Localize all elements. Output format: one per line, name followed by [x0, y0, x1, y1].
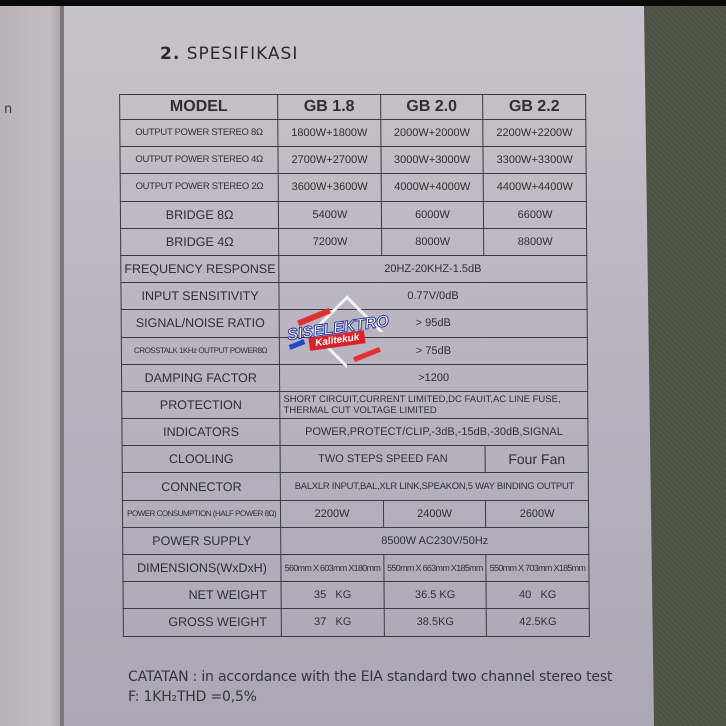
cell: 38.5KG: [384, 609, 487, 636]
cell: 560mm X 603mm X180mm: [281, 555, 384, 582]
cell: 1800W+1800W: [278, 120, 381, 147]
cell: 2200W: [281, 500, 384, 527]
section-title: 2. SPESIFIKASI: [160, 44, 298, 64]
cell: 7200W: [279, 228, 382, 255]
table-row: BRIDGE 8Ω 5400W 6000W 6600W: [120, 201, 586, 228]
table-row: POWER SUPPLY 8500W AC230V/50Hz: [123, 527, 589, 554]
cell: 6000W: [381, 201, 484, 228]
row-label: FREQUENCY RESPONSE: [121, 255, 279, 282]
cell: 8500W AC230V/50Hz: [281, 527, 589, 554]
table-row: CLOOLING TWO STEPS SPEED FAN Four Fan: [122, 446, 588, 473]
cell: 5400W: [279, 201, 382, 228]
table-row: INDICATORS POWER,PROTECT/CLIP,-3dB,-15dB…: [122, 419, 588, 446]
row-label: PROTECTION: [122, 391, 280, 418]
header-model-gb18: GB 1.8: [278, 95, 381, 120]
table-row: PROTECTION SHORT CIRCUIT,CURRENT LIMITED…: [122, 391, 588, 418]
cell: BALXLR INPUT,BAL,XLR LINK,SPEAKON,5 WAY …: [280, 473, 588, 500]
table-row: GROSS WEIGHT 37 KG 38.5KG 42.5KG: [123, 609, 589, 636]
table-header-row: MODEL GB 1.8 GB 2.0 GB 2.2: [120, 95, 586, 120]
row-label: OUTPUT POWER STEREO 2Ω: [120, 174, 278, 201]
cell: 2600W: [486, 500, 589, 527]
header-model-gb22: GB 2.2: [483, 95, 586, 120]
cell: SHORT CIRCUIT,CURRENT LIMITED,DC FAUIT,A…: [280, 391, 588, 418]
table-row: DIMENSIONS(WxDxH) 560mm X 603mm X180mm 5…: [123, 555, 589, 582]
cell: 4400W+4400W: [483, 174, 586, 201]
table-row: OUTPUT POWER STEREO 4Ω 2700W+2700W 3000W…: [120, 147, 586, 174]
row-label: OUTPUT POWER STEREO 8Ω: [120, 120, 278, 147]
page-fold: [60, 6, 64, 726]
header-model: MODEL: [120, 95, 278, 120]
row-label: BRIDGE 8Ω: [120, 201, 278, 228]
cell: 4000W+4000W: [381, 174, 484, 201]
cell: 8800W: [484, 228, 587, 255]
cell: 2000W+2000W: [381, 120, 484, 147]
row-label: CLOOLING: [122, 446, 280, 473]
section-title-text: SPESIFIKASI: [187, 44, 299, 64]
header-model-gb20: GB 2.0: [380, 95, 483, 120]
table-row: POWER CONSUMPTION (HALF POWER 8Ω) 2200W …: [122, 500, 588, 527]
row-label: DAMPING FACTOR: [121, 364, 279, 391]
section-number: 2.: [160, 44, 180, 64]
top-black-bar: [0, 0, 726, 6]
cell: 3000W+3000W: [381, 147, 484, 174]
left-page: n: [0, 6, 62, 726]
row-label: CONNECTOR: [122, 473, 280, 500]
cell: 2400W: [383, 500, 486, 527]
row-label: OUTPUT POWER STEREO 4Ω: [120, 147, 278, 174]
cell: 8000W: [381, 228, 484, 255]
cell: 40 KG: [486, 582, 589, 609]
cell: 20HZ-20KHZ-1.5dB: [279, 255, 587, 282]
watermark-logo: SISELEKTRO Kalitekuk: [283, 306, 403, 372]
row-label: INPUT SENSITIVITY: [121, 283, 279, 310]
cell: 37 KG: [281, 609, 384, 636]
left-page-text-fragment: n: [4, 102, 12, 117]
row-label: SIGNAL/NOISE RATIO: [121, 310, 279, 337]
footnote-line-2: F: 1KH₂THD =0,5%: [128, 687, 612, 707]
row-label: CROSSTALK 1KHz OUTPUT POWER8Ω: [121, 337, 279, 364]
row-label: GROSS WEIGHT: [123, 609, 281, 636]
cell: 3300W+3300W: [483, 147, 586, 174]
cell: 2200W+2200W: [483, 120, 586, 147]
row-label: POWER CONSUMPTION (HALF POWER 8Ω): [122, 500, 280, 527]
cell: TWO STEPS SPEED FAN: [280, 446, 485, 473]
table-row: OUTPUT POWER STEREO 2Ω 3600W+3600W 4000W…: [120, 174, 586, 201]
cell: 3600W+3600W: [278, 174, 381, 201]
table-row: BRIDGE 4Ω 7200W 8000W 8800W: [121, 228, 587, 255]
row-label: BRIDGE 4Ω: [121, 228, 279, 255]
footnote: CATATAN : in accordance with the EIA sta…: [128, 667, 612, 707]
row-label: NET WEIGHT: [123, 582, 281, 609]
cell: Four Fan: [485, 446, 588, 473]
cell: 36.5 KG: [384, 582, 487, 609]
row-label: DIMENSIONS(WxDxH): [123, 555, 281, 582]
cell: 35 KG: [281, 582, 384, 609]
cell: 42.5KG: [486, 609, 589, 636]
row-label: POWER SUPPLY: [123, 527, 281, 554]
footnote-line-1: CATATAN : in accordance with the EIA sta…: [128, 667, 612, 687]
cell: 6600W: [484, 201, 587, 228]
cell: 550mm X 663mm X185mm: [384, 555, 487, 582]
row-label: INDICATORS: [122, 419, 280, 446]
table-row: CONNECTOR BALXLR INPUT,BAL,XLR LINK,SPEA…: [122, 473, 588, 500]
cell: 2700W+2700W: [278, 147, 381, 174]
background-fabric: [644, 6, 726, 726]
table-row: OUTPUT POWER STEREO 8Ω 1800W+1800W 2000W…: [120, 120, 586, 147]
table-row: FREQUENCY RESPONSE 20HZ-20KHZ-1.5dB: [121, 255, 587, 282]
cell: 550mm X 703mm X185mm: [486, 555, 589, 582]
cell: POWER,PROTECT/CLIP,-3dB,-15dB,-30dB,SIGN…: [280, 419, 588, 446]
table-row: NET WEIGHT 35 KG 36.5 KG 40 KG: [123, 582, 589, 609]
